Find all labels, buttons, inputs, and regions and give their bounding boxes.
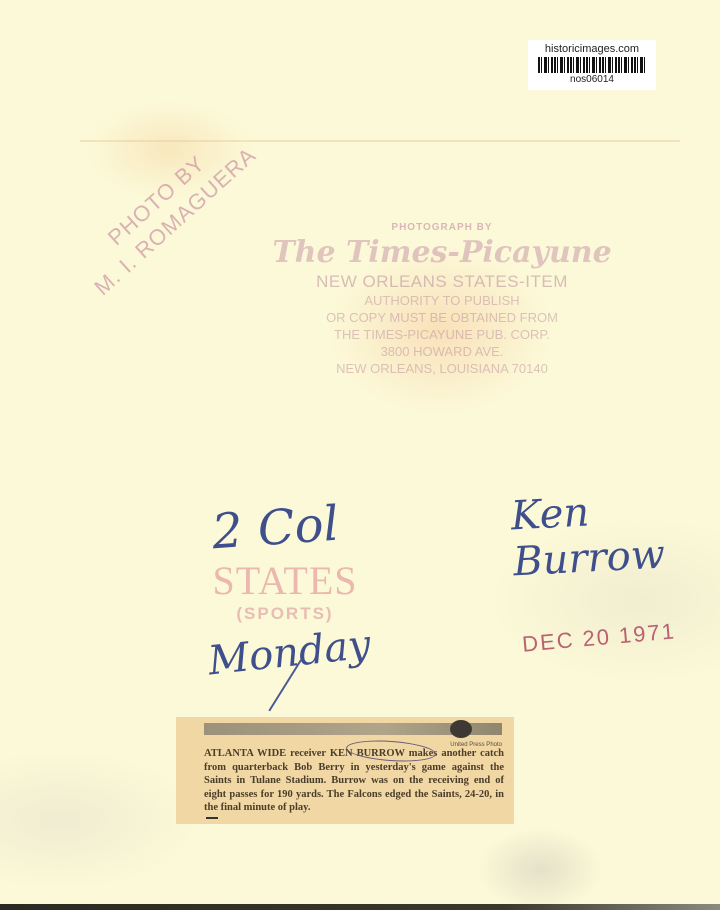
publisher-line-3: THE TIMES-PICAYUNE PUB. CORP. [262, 326, 622, 343]
publisher-line-1: AUTHORITY TO PUBLISH [262, 292, 622, 309]
newspaper-clipping: United Press Photo ATLANTA WIDE receiver… [176, 717, 514, 824]
section-stamp: STATES (SPORTS) [205, 560, 365, 624]
clipping-caption: ATLANTA WIDE receiver KEN BURROW makes a… [204, 747, 504, 815]
barcode-code: nos06014 [528, 74, 656, 85]
handwritten-signature: Ken Burrow [510, 483, 720, 586]
publisher-masthead: The Times-Picayune [262, 235, 622, 270]
publisher-paper-name: NEW ORLEANS STATES-ITEM [262, 272, 622, 292]
publisher-stamp: PHOTOGRAPH BY The Times-Picayune NEW ORL… [262, 222, 622, 377]
clipping-rule [206, 817, 218, 819]
barcode-site: historicimages.com [528, 43, 656, 55]
publisher-line-5: NEW ORLEANS, LOUISIANA 70140 [262, 360, 622, 377]
publisher-line-2: OR COPY MUST BE OBTAINED FROM [262, 309, 622, 326]
mount-stain-edge [80, 140, 680, 142]
scan-bottom-edge [0, 904, 720, 910]
publisher-stamp-header: PHOTOGRAPH BY [262, 222, 622, 233]
barcode-icon [538, 57, 646, 73]
publisher-line-4: 3800 HOWARD AVE. [262, 343, 622, 360]
section-stamp-subtitle: (SPORTS) [205, 604, 365, 624]
clipping-photo-dark-spot [450, 720, 472, 738]
handwritten-column-note: 2 Col [210, 496, 340, 561]
barcode-label: historicimages.com nos06014 [528, 40, 656, 90]
section-stamp-title: STATES [205, 560, 365, 602]
